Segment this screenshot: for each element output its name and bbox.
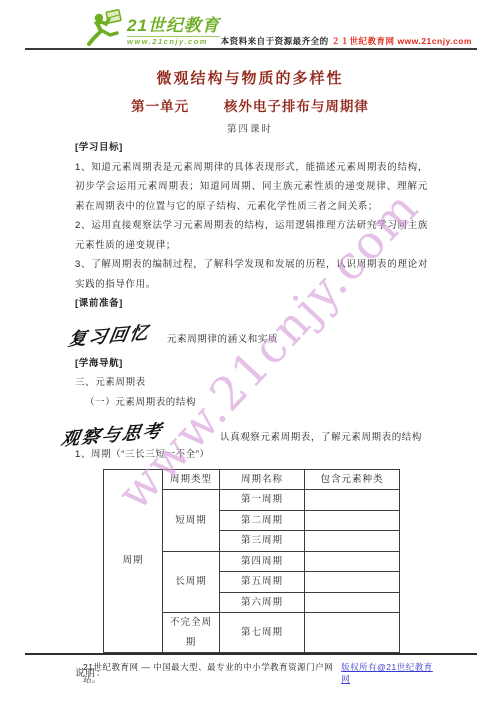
lesson-label: 第四课时 bbox=[0, 121, 500, 135]
footer-divider bbox=[25, 653, 477, 655]
col-header-type: 周期类型 bbox=[163, 469, 220, 490]
objective-item-1: 1、知道元素周期表是元素周期律的具体表现形式，能描述元素周期表的结构，初步学会运… bbox=[75, 158, 428, 217]
group-type-long: 长周期 bbox=[163, 551, 220, 613]
prep-header: [课前准备] bbox=[75, 294, 428, 314]
answer-cell bbox=[305, 572, 400, 593]
notice-brand[interactable]: ２１世纪教育网 bbox=[332, 36, 395, 46]
review-text: 元素周期律的涵义和实质 bbox=[167, 333, 278, 347]
topic-subheading: （一）元素周期表的结构 bbox=[75, 393, 428, 413]
answer-cell bbox=[305, 510, 400, 531]
footer-copyright-link[interactable]: 版权所有@21世纪教育网 bbox=[341, 661, 438, 685]
observe-text: 认真观察元素周期表，了解元素周期表的结构 bbox=[220, 431, 422, 445]
col-header-name: 周期名称 bbox=[220, 469, 305, 490]
review-stamp: 复习回忆 bbox=[67, 324, 152, 350]
topic-heading: 三、元素周期表 bbox=[75, 373, 428, 393]
page-title: 微观结构与物质的多样性 bbox=[0, 67, 500, 88]
subtitle-unit: 第一单元 bbox=[131, 99, 189, 114]
document-body: [学习目标] 1、知道元素周期表是元素周期律的具体表现形式，能描述元素周期表的结… bbox=[75, 138, 428, 684]
review-row: 复习回忆 元素周期律的涵义和实质 bbox=[75, 314, 428, 347]
subtitle-topic: 核外电子排布与周期律 bbox=[224, 99, 369, 114]
period-table: 周期 周期类型 周期名称 包含元素种类 短周期 第一周期 第二周期 第三周期 长… bbox=[103, 469, 400, 654]
period-name-cell: 第三周期 bbox=[220, 531, 305, 552]
logo-site-url[interactable]: www.21cnjy.com bbox=[127, 36, 220, 46]
group-type-incomplete: 不完全周期 bbox=[163, 613, 220, 653]
footer: 21世纪教育网 — 中国最大型、最专业的中小学教育资源门户网站。 版权所有@21… bbox=[83, 661, 438, 685]
answer-cell bbox=[305, 613, 400, 653]
answer-cell bbox=[305, 531, 400, 552]
document-page: 21世纪教育 www.21cnjy.com 本资料来自于资源最齐全的 ２１世纪教… bbox=[0, 0, 500, 707]
table-header-row: 周期 周期类型 周期名称 包含元素种类 bbox=[104, 469, 400, 490]
period-intro-line: 1、周期（“三长三短一不全”） bbox=[75, 445, 428, 465]
notice-prefix: 本资料来自于资源最齐全的 bbox=[221, 36, 329, 46]
objectives-header: [学习目标] bbox=[75, 138, 428, 158]
objective-item-2: 2、运用直接观察法学习元素周期表的结构，运用逻辑推理方法研究学习同主族元素性质的… bbox=[75, 216, 428, 255]
answer-cell bbox=[305, 551, 400, 572]
notice-url[interactable]: www.21cnjy.com bbox=[397, 36, 472, 46]
period-name-cell: 第二周期 bbox=[220, 510, 305, 531]
period-name-cell: 第五周期 bbox=[220, 572, 305, 593]
answer-cell bbox=[305, 592, 400, 613]
objective-item-3: 3、了解周期表的编制过程，了解科学发现和发展的历程，认识周期表的理论对实践的指导… bbox=[75, 255, 428, 294]
period-name-cell: 第一周期 bbox=[220, 490, 305, 511]
col-header-elements: 包含元素种类 bbox=[305, 469, 400, 490]
group-type-short: 短周期 bbox=[163, 490, 220, 552]
observe-row: 观察与思考 认真观察元素周期表，了解元素周期表的结构 bbox=[75, 412, 428, 445]
header-divider bbox=[25, 48, 477, 50]
period-name-cell: 第六周期 bbox=[220, 592, 305, 613]
nav-header: [学海导航] bbox=[75, 354, 428, 374]
answer-cell bbox=[305, 490, 400, 511]
row-group-cell: 周期 bbox=[104, 469, 163, 653]
footer-text: 21世纪教育网 — 中国最大型、最专业的中小学教育资源门户网站。 bbox=[83, 661, 341, 685]
page-subtitle: 第一单元 核外电子排布与周期律 bbox=[0, 95, 500, 115]
logo-brand-text: 21世纪教育 bbox=[127, 17, 220, 34]
period-name-cell: 第七周期 bbox=[220, 613, 305, 653]
header-notice: 本资料来自于资源最齐全的 ２１世纪教育网 www.21cnjy.com bbox=[221, 35, 472, 47]
period-name-cell: 第四周期 bbox=[220, 551, 305, 572]
